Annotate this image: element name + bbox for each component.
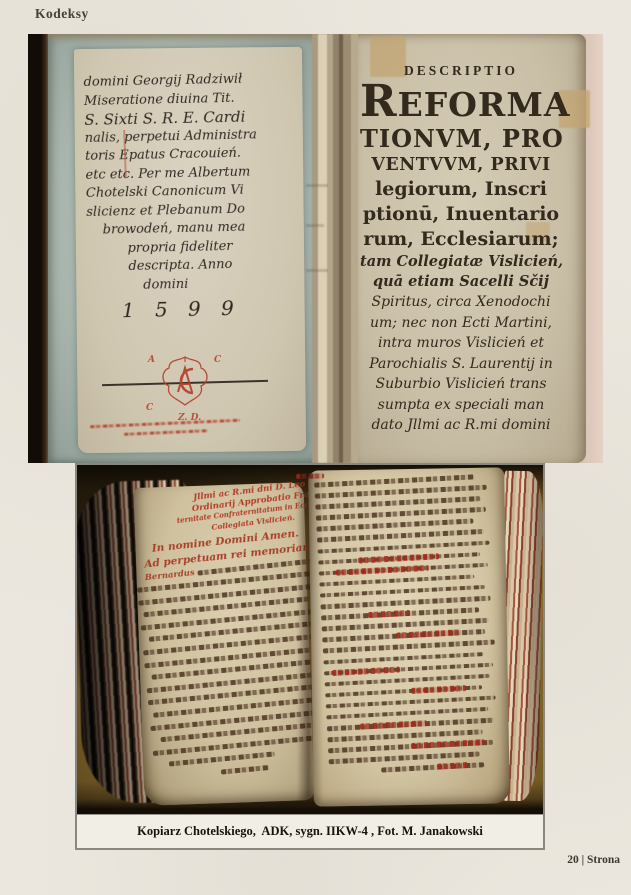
show-through-mark (306, 224, 324, 227)
book-gutter-shadow (297, 473, 323, 803)
ink-line (319, 574, 474, 587)
ink-line (327, 718, 494, 731)
ink-line (326, 707, 488, 720)
title-line: sumpta ex speciali man (360, 395, 562, 416)
manuscript-line: browodeń, manu mea (86, 218, 272, 240)
ink-line (325, 685, 482, 698)
ink-line (315, 496, 480, 509)
figure-caption: Kopiarz Chotelskiego, ADK, sygn. IIKW-4 … (77, 814, 543, 848)
ink-line (319, 563, 488, 576)
page-number: 20 | Strona (567, 852, 620, 868)
colophon-text-block: domini Georgij Radziwił Miseratione diui… (83, 70, 274, 326)
ink-line (381, 763, 484, 773)
ink-line (323, 652, 483, 665)
ink-line (318, 540, 490, 553)
page-header: Kodeksy (35, 5, 89, 23)
red-ink-segment (410, 739, 485, 749)
ink-line (322, 618, 489, 631)
page-top-shading (48, 34, 330, 44)
ink-line (328, 740, 493, 753)
ink-line (169, 752, 276, 767)
title-line: rum, Ecclesiarum; (360, 227, 562, 252)
red-ink-segment (336, 565, 429, 576)
red-ink-segment (360, 720, 427, 729)
right-page-text-lines (314, 474, 501, 782)
red-ink-segment (358, 553, 439, 563)
monogram-emblem-icon (160, 354, 210, 410)
title-line: Spiritus, circa Xenodochi (360, 292, 562, 313)
monogram: A C C Z. D. (140, 352, 230, 424)
title-line: Parochialis S. Laurentij in (360, 354, 562, 375)
manuscript-line: etc etc. Per me Albertum (85, 163, 271, 185)
ink-line (321, 607, 479, 620)
ink-line (221, 765, 269, 775)
show-through-mark (306, 269, 328, 272)
manuscript-line: domini Georgij Radziwił (83, 70, 269, 92)
title-text-block: DESCRIPTIO REFORMA TIONVM, PRO VENTVVM, … (360, 58, 562, 436)
top-photo: domini Georgij Radziwił Miseratione diui… (28, 34, 603, 463)
ink-line (318, 552, 480, 565)
ink-line (316, 519, 473, 532)
title-line: VENTVVM, PRIVI (360, 153, 562, 177)
ink-line (322, 629, 485, 642)
red-ink-segment (368, 610, 409, 618)
red-ink-segment (396, 630, 462, 639)
show-through-mark (306, 184, 328, 187)
document-page: Kodeksy domini Georgij Radziwił Miserati… (0, 0, 631, 895)
red-word: Bernardus (144, 569, 195, 583)
ink-line (314, 474, 474, 487)
book-right-page (308, 467, 510, 806)
manuscript-year: 1 5 9 9 (88, 292, 275, 326)
ink-line (317, 529, 484, 542)
book-gutter (312, 34, 360, 463)
red-ink-segment (332, 666, 400, 676)
bottom-photo: Jllmi ac R.mi dni D. Leo Ordinarij Appro… (77, 465, 543, 815)
red-ink-segment (437, 762, 468, 770)
title-line: ptionū, Inuentario (360, 202, 562, 227)
title-line: intra muros Vislicień et (360, 333, 562, 354)
ink-line (323, 640, 495, 653)
title-line: REFORMA (360, 83, 562, 124)
ink-line (324, 662, 493, 675)
figure-frame: Jllmi ac R.mi dni D. Leo Ordinarij Appro… (75, 463, 545, 850)
monogram-mark: C (146, 404, 153, 413)
title-line: Suburbio Vislicień trans (360, 374, 562, 395)
red-ink-segment (411, 685, 466, 694)
title-line: dato Jllmi ac R.mi domini (360, 415, 562, 436)
ink-line (320, 585, 485, 598)
title-line: legiorum, Inscri (360, 177, 562, 202)
book-left-page: Jllmi ac R.mi dni D. Leo Ordinarij Appro… (134, 482, 315, 806)
monogram-mark: C (214, 356, 221, 365)
monogram-mark: A (148, 356, 155, 365)
title-line: um; nec non Ecti Martini, (360, 313, 562, 334)
manuscript-line: nalis, perpetui Administra (85, 126, 271, 148)
title-line: tam Collegiatæ Vislicień, (360, 252, 562, 272)
book-cover-edge (28, 34, 50, 463)
ink-line (326, 695, 496, 708)
title-line: TIONVM, PRO (360, 124, 562, 153)
title-line: quā etiam Sacelli Sčij (360, 272, 562, 292)
